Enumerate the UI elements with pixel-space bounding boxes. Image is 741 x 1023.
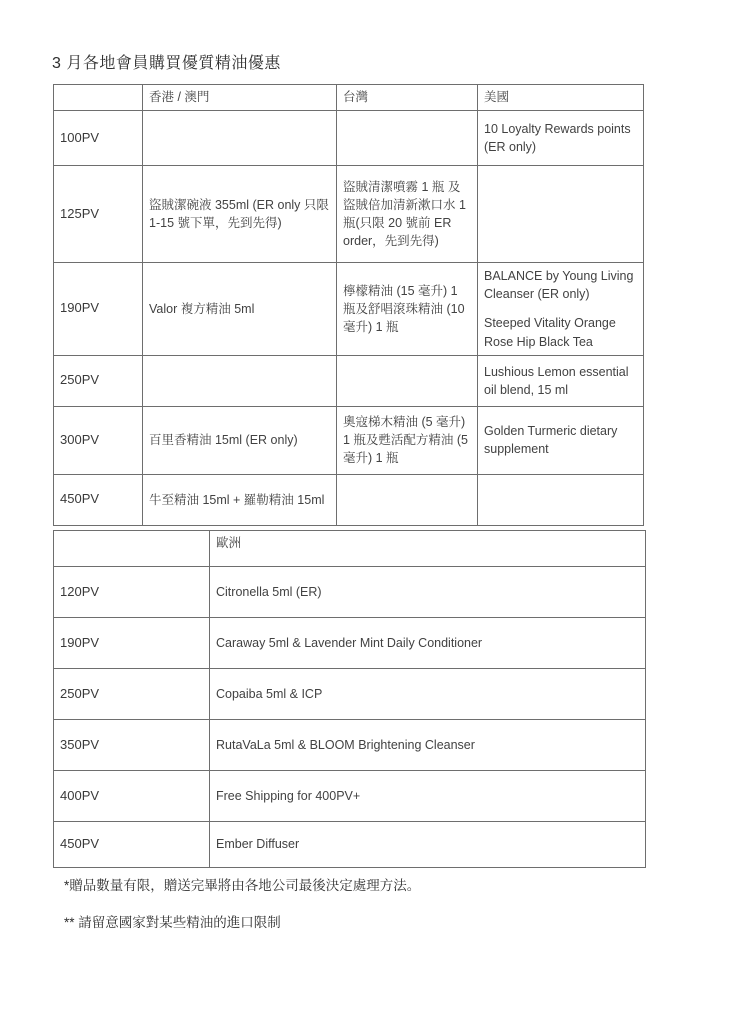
pv-cell: 300PV — [54, 406, 143, 474]
col-header-usa: 美國 — [478, 85, 644, 111]
offer-text: 百里香精油 15ml (ER only) — [149, 431, 330, 449]
offer-cell-us: Golden Turmeric dietary supplement — [478, 406, 644, 474]
pv-cell: 350PV — [54, 720, 210, 771]
table-header-row: 歐洲 — [54, 531, 646, 567]
offer-cell-hk: 盜賊潔碗液 355ml (ER only 只限 1-15 號下單，先到先得) — [143, 166, 337, 263]
table-row: 190PV Caraway 5ml & Lavender Mint Daily … — [54, 618, 646, 669]
table-row: 450PV 牛至精油 15ml + 羅勒精油 15ml — [54, 474, 644, 525]
offer-cell-hk: Valor 複方精油 5ml — [143, 263, 337, 356]
offer-text: 檸檬精油 (15 毫升) 1 瓶及舒唱滾珠精油 (10 毫升) 1 瓶 — [343, 282, 471, 336]
table-row: 120PV Citronella 5ml (ER) — [54, 567, 646, 618]
pv-cell: 250PV — [54, 355, 143, 406]
table-row: 350PV RutaVaLa 5ml & BLOOM Brightening C… — [54, 720, 646, 771]
offer-cell-tw: 盜賊清潔噴霧 1 瓶 及 盜賊倍加清新漱口水 1 瓶(只限 20 號前 ER o… — [337, 166, 478, 263]
document-page: 3 月各地會員購買優質精油優惠 香港 / 澳門 台灣 美國 100PV 10 L… — [0, 0, 741, 1023]
offer-text: 10 Loyalty Rewards points (ER only) — [484, 120, 637, 156]
offer-cell-us — [478, 474, 644, 525]
offer-cell-us: 10 Loyalty Rewards points (ER only) — [478, 111, 644, 166]
col-header-hk-macau: 香港 / 澳門 — [143, 85, 337, 111]
offer-cell-hk — [143, 355, 337, 406]
offer-cell-tw — [337, 111, 478, 166]
offer-cell-eu: Ember Diffuser — [210, 822, 646, 868]
offer-cell-tw: 檸檬精油 (15 毫升) 1 瓶及舒唱滾珠精油 (10 毫升) 1 瓶 — [337, 263, 478, 356]
corner-cell — [54, 85, 143, 111]
offer-text: Valor 複方精油 5ml — [149, 300, 330, 318]
offer-text: BALANCE by Young Living Cleanser (ER onl… — [484, 267, 637, 303]
offer-text: Steeped Vitality Orange Rose Hip Black T… — [484, 314, 637, 350]
offer-text: 盜賊清潔噴霧 1 瓶 及 盜賊倍加清新漱口水 1 瓶(只限 20 號前 ER o… — [343, 178, 471, 251]
offer-cell-us: Lushious Lemon essential oil blend, 15 m… — [478, 355, 644, 406]
pv-cell: 250PV — [54, 669, 210, 720]
offer-text: 牛至精油 15ml + 羅勒精油 15ml — [149, 491, 330, 509]
table-row: 125PV 盜賊潔碗液 355ml (ER only 只限 1-15 號下單，先… — [54, 166, 644, 263]
pv-cell: 190PV — [54, 263, 143, 356]
pv-cell: 450PV — [54, 474, 143, 525]
offer-cell-us: BALANCE by Young Living Cleanser (ER onl… — [478, 263, 644, 356]
pv-cell: 400PV — [54, 771, 210, 822]
pv-cell: 120PV — [54, 567, 210, 618]
offer-cell-eu: Free Shipping for 400PV+ — [210, 771, 646, 822]
table-row: 450PV Ember Diffuser — [54, 822, 646, 868]
offer-cell-us — [478, 166, 644, 263]
offer-cell-tw — [337, 355, 478, 406]
col-header-taiwan: 台灣 — [337, 85, 478, 111]
offer-cell-hk: 牛至精油 15ml + 羅勒精油 15ml — [143, 474, 337, 525]
pv-cell: 190PV — [54, 618, 210, 669]
europe-offers-table: 歐洲 120PV Citronella 5ml (ER) 190PV Caraw… — [53, 530, 646, 868]
table-header-row: 香港 / 澳門 台灣 美國 — [54, 85, 644, 111]
table-row: 100PV 10 Loyalty Rewards points (ER only… — [54, 111, 644, 166]
offer-cell-eu: Citronella 5ml (ER) — [210, 567, 646, 618]
table-row: 400PV Free Shipping for 400PV+ — [54, 771, 646, 822]
offer-text: Golden Turmeric dietary supplement — [484, 422, 637, 458]
offer-cell-eu: RutaVaLa 5ml & BLOOM Brightening Cleanse… — [210, 720, 646, 771]
offer-text: Lushious Lemon essential oil blend, 15 m… — [484, 363, 637, 399]
offer-text: 奧寇梯木精油 (5 毫升) 1 瓶及甦活配方精油 (5 毫升) 1 瓶 — [343, 413, 471, 467]
offer-cell-hk: 百里香精油 15ml (ER only) — [143, 406, 337, 474]
offer-cell-eu: Caraway 5ml & Lavender Mint Daily Condit… — [210, 618, 646, 669]
pv-cell: 125PV — [54, 166, 143, 263]
offer-cell-eu: Copaiba 5ml & ICP — [210, 669, 646, 720]
col-header-europe: 歐洲 — [210, 531, 646, 567]
pv-cell: 100PV — [54, 111, 143, 166]
corner-cell — [54, 531, 210, 567]
footnote-import-restriction: ** 請留意國家對某些精油的進口限制 — [64, 911, 281, 931]
offer-text: 盜賊潔碗液 355ml (ER only 只限 1-15 號下單，先到先得) — [149, 196, 330, 232]
table-row: 190PV Valor 複方精油 5ml 檸檬精油 (15 毫升) 1 瓶及舒唱… — [54, 263, 644, 356]
page-title: 3 月各地會員購買優質精油優惠 — [52, 50, 281, 73]
offer-cell-tw — [337, 474, 478, 525]
table-row: 300PV 百里香精油 15ml (ER only) 奧寇梯木精油 (5 毫升)… — [54, 406, 644, 474]
table-row: 250PV Copaiba 5ml & ICP — [54, 669, 646, 720]
offer-cell-tw: 奧寇梯木精油 (5 毫升) 1 瓶及甦活配方精油 (5 毫升) 1 瓶 — [337, 406, 478, 474]
regions-offers-table: 香港 / 澳門 台灣 美國 100PV 10 Loyalty Rewards p… — [53, 84, 644, 526]
footnote-gift-quantity: *贈品數量有限，贈送完畢將由各地公司最後決定處理方法。 — [64, 874, 420, 894]
pv-cell: 450PV — [54, 822, 210, 868]
table-row: 250PV Lushious Lemon essential oil blend… — [54, 355, 644, 406]
offer-cell-hk — [143, 111, 337, 166]
